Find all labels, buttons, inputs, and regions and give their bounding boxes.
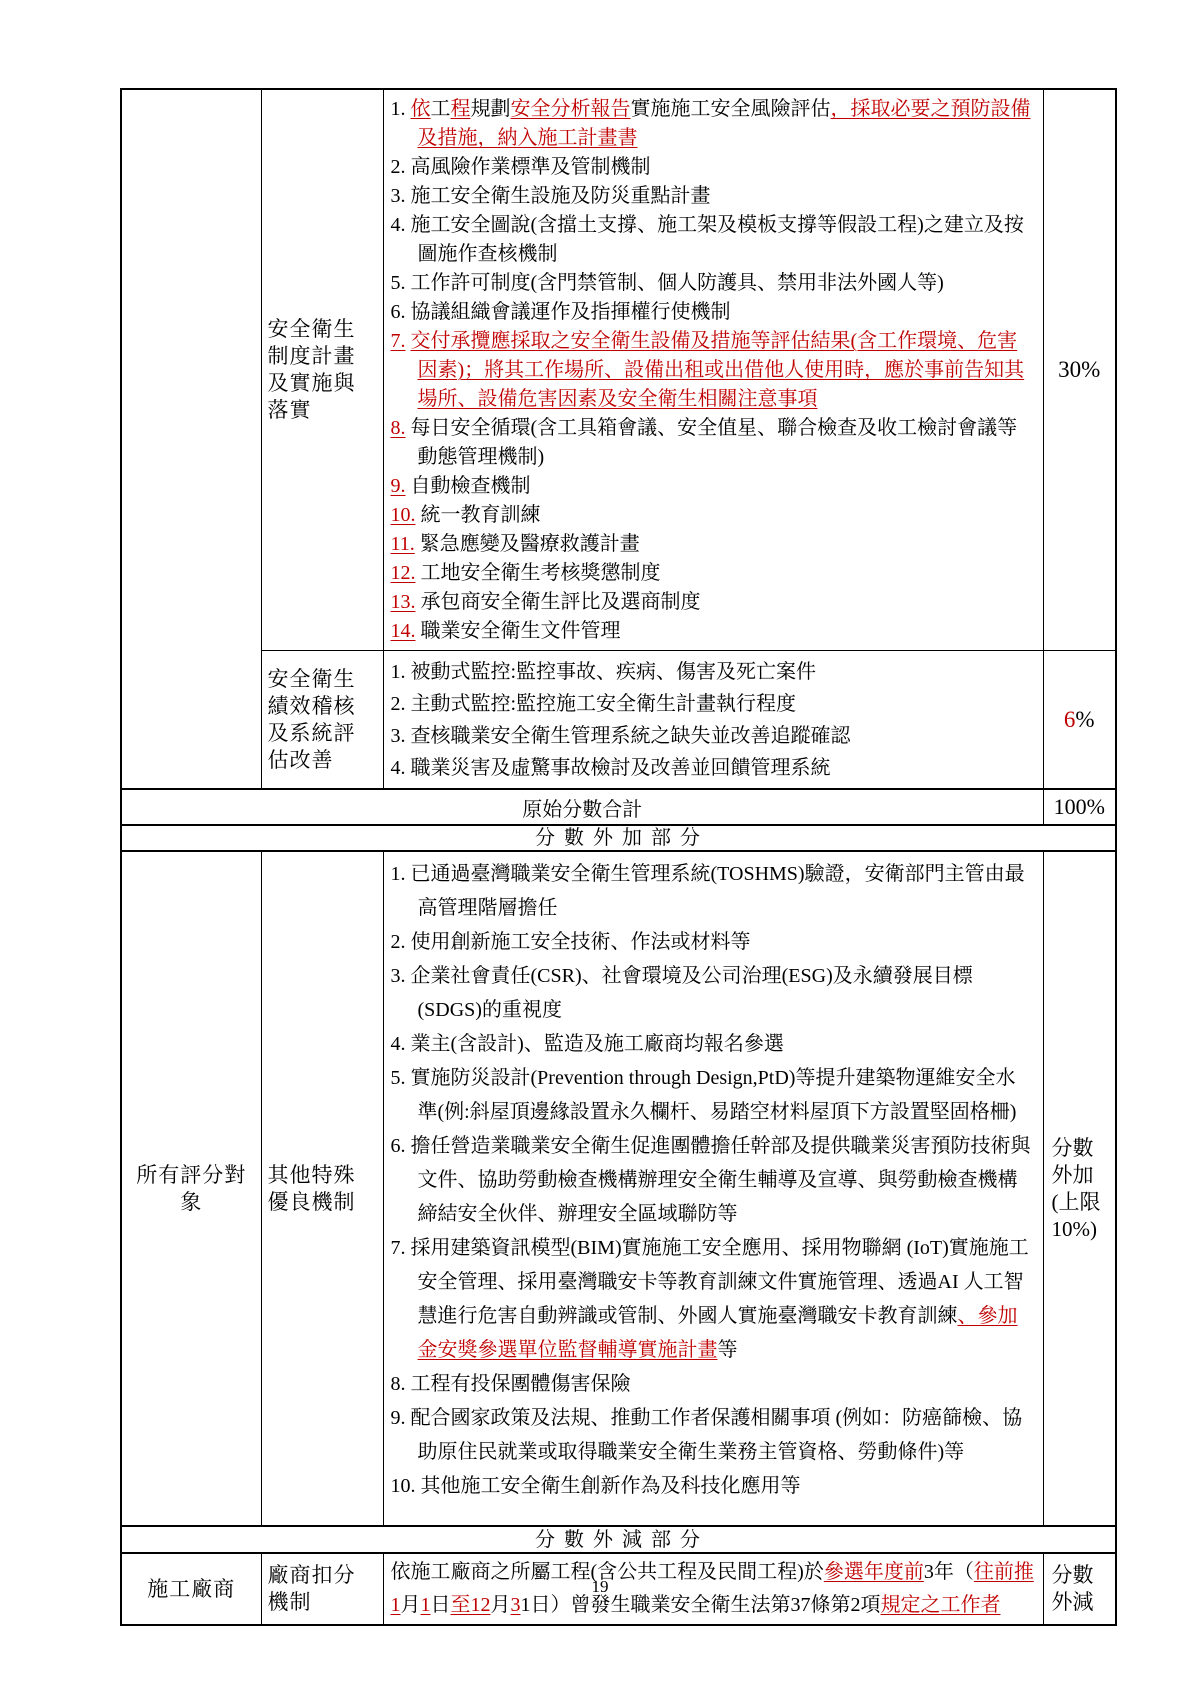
category-label-performance-audit: 安全衛生績效稽核及系統評估改善	[261, 651, 383, 790]
text-run: 被動式監控:監控事故、疾病、傷害及死亡案件	[411, 661, 817, 683]
text-run: 職業災害及虛驚事故檢討及改善並回饋管理系統	[411, 757, 831, 779]
criteria-item: 5. 工作許可制度(含門禁管制、個人防護具、禁用非法外國人等)	[391, 269, 1035, 298]
criteria-list-special-merits: 1. 已通過臺灣職業安全衛生管理系統(TOSHMS)驗證，安衛部門主管由最高管理…	[383, 851, 1043, 1526]
text-run: 日	[431, 1594, 451, 1616]
item-number: 8.	[391, 1373, 406, 1395]
criteria-item: 3. 施工安全衛生設施及防災重點計畫	[391, 182, 1035, 211]
text-run: 工程有投保團體傷害保險	[411, 1373, 631, 1395]
text-run: 統一教育訓練	[421, 504, 541, 526]
item-number: 10.	[391, 1475, 416, 1497]
page-number: 19	[0, 1577, 1200, 1597]
item-number: 3.	[391, 725, 406, 747]
criteria-item: 6. 擔任營造業職業安全衛生促進團體擔任幹部及提供職業災害預防技術與文件、協助勞…	[391, 1129, 1035, 1231]
criteria-item: 8. 工程有投保團體傷害保險	[391, 1367, 1035, 1401]
text-run: 施工安全圖說(含擋土支撐、施工架及模板支撐等假設工程)之建立及按圖施作查核機制	[411, 214, 1024, 265]
criteria-item: 9. 自動檢查機制	[391, 472, 1035, 501]
item-number: 2.	[391, 931, 406, 953]
text-run: 使用創新施工安全技術、作法或材料等	[411, 931, 751, 953]
item-number: 1.	[391, 98, 406, 120]
text-run: 緊急應變及醫療救護計畫	[420, 533, 640, 555]
document-page: 安全衛生制度計畫及實施與落實 1. 依工程規劃安全分析報告實施施工安全風險評估，…	[0, 0, 1200, 1697]
text-run: 1	[421, 1594, 431, 1616]
text-run: 月	[401, 1594, 421, 1616]
text-run: 配合國家政策及法規、推動工作者保護相關事項 (例如：防癌篩檢、協助原住民就業或取…	[411, 1407, 1023, 1463]
category-label-safety-system: 安全衛生制度計畫及實施與落實	[261, 89, 383, 651]
text-run: 協議組織會議運作及指揮權行使機制	[411, 301, 731, 323]
text-run: 採用建築資訊模型(BIM)實施施工安全應用、採用物聯網 (IoT)實施施工安全管…	[411, 1237, 1029, 1327]
category-label-special-merits: 其他特殊優良機制	[261, 851, 383, 1526]
text-run: 企業社會責任(CSR)、社會環境及公司治理(ESG)及永續發展目標(SDGS)的…	[411, 965, 973, 1021]
text-run: 承包商安全衛生評比及選商制度	[421, 591, 701, 613]
item-number: 5.	[391, 272, 406, 294]
criteria-item: 4. 施工安全圖說(含擋土支撐、施工架及模板支撐等假設工程)之建立及按圖施作查核…	[391, 211, 1035, 269]
text-run: 依	[411, 98, 431, 120]
text-run: 3	[511, 1594, 521, 1616]
criteria-item: 2. 主動式監控:監控施工安全衛生計畫執行程度	[391, 688, 1035, 720]
criteria-item: 4. 業主(含設計)、監造及施工廠商均報名參選	[391, 1027, 1035, 1061]
scope-cell-empty	[121, 89, 261, 789]
table-row: 分 數 外 加 部 分	[121, 825, 1116, 851]
item-number: 7.	[391, 330, 406, 352]
text-run: 至12	[451, 1594, 491, 1616]
criteria-item: 4. 職業災害及虛驚事故檢討及改善並回饋管理系統	[391, 752, 1035, 784]
text-run: 6	[1064, 707, 1076, 732]
weight-30-percent: 30%	[1043, 89, 1116, 651]
item-number: 2.	[391, 693, 406, 715]
subtotal-value-100-percent: 100%	[1043, 789, 1116, 825]
table-row: 安全衛生績效稽核及系統評估改善 1. 被動式監控:監控事故、疾病、傷害及死亡案件…	[121, 651, 1116, 790]
criteria-item: 1. 已通過臺灣職業安全衛生管理系統(TOSHMS)驗證，安衛部門主管由最高管理…	[391, 857, 1035, 925]
text-run: 等	[718, 1339, 738, 1361]
item-number: 4.	[391, 1033, 406, 1055]
criteria-item: 14. 職業安全衛生文件管理	[391, 617, 1035, 646]
criteria-item: 10. 其他施工安全衛生創新作為及科技化應用等	[391, 1469, 1035, 1503]
text-run: 高風險作業標準及管制機制	[411, 156, 651, 178]
criteria-item: 1. 被動式監控:監控事故、疾病、傷害及死亡案件	[391, 656, 1035, 688]
item-number: 3.	[391, 965, 406, 987]
criteria-item: 3. 企業社會責任(CSR)、社會環境及公司治理(ESG)及永續發展目標(SDG…	[391, 959, 1035, 1027]
text-run: 規劃	[471, 98, 511, 120]
item-number: 5.	[391, 1067, 406, 1089]
weight-bonus-limit-10-percent: 分數 外加 (上限 10%)	[1043, 851, 1116, 1526]
text-run: 每日安全循環(含工具箱會議、安全值星、聯合檢查及收工檢討會議等動態管理機制)	[411, 417, 1018, 468]
item-number: 9.	[391, 475, 406, 497]
item-number: 11.	[391, 533, 415, 555]
criteria-list-safety-system: 1. 依工程規劃安全分析報告實施施工安全風險評估，採取必要之預防設備及措施，納入…	[383, 89, 1043, 651]
item-number: 6.	[391, 301, 406, 323]
criteria-item: 7. 交付承攬應採取之安全衛生設備及措施等評估結果(含工作環境、危害因素)；將其…	[391, 327, 1035, 414]
subtotal-label: 原始分數合計	[121, 789, 1043, 825]
criteria-list-performance-audit: 1. 被動式監控:監控事故、疾病、傷害及死亡案件2. 主動式監控:監控施工安全衛…	[383, 651, 1043, 790]
item-number: 3.	[391, 185, 406, 207]
item-number: 7.	[391, 1237, 406, 1259]
table-row: 所有評分對象 其他特殊優良機制 1. 已通過臺灣職業安全衛生管理系統(TOSHM…	[121, 851, 1116, 1526]
text-run: 自動檢查機制	[411, 475, 531, 497]
item-number: 6.	[391, 1135, 406, 1157]
evaluation-criteria-table: 安全衛生制度計畫及實施與落實 1. 依工程規劃安全分析報告實施施工安全風險評估，…	[120, 88, 1117, 1626]
criteria-item: 12. 工地安全衛生考核獎懲制度	[391, 559, 1035, 588]
text-run: 1日）曾發生職業安全衛生法第37條第2項	[521, 1594, 881, 1616]
text-run: 職業安全衛生文件管理	[421, 620, 621, 642]
text-run: 規定之工作者	[881, 1594, 1001, 1616]
text-run: 查核職業安全衛生管理系統之缺失並改善追蹤確認	[411, 725, 851, 747]
text-run: 主動式監控:監控施工安全衛生計畫執行程度	[411, 693, 797, 715]
text-run: 程	[451, 98, 471, 120]
text-run: 工	[431, 98, 451, 120]
text-run: 實施防災設計(Prevention through Design,PtD)等提升…	[411, 1067, 1017, 1123]
item-number: 2.	[391, 156, 406, 178]
item-number: 12.	[391, 562, 416, 584]
text-run: 安全分析報告	[511, 98, 631, 120]
criteria-item: 1. 依工程規劃安全分析報告實施施工安全風險評估，採取必要之預防設備及措施，納入…	[391, 95, 1035, 153]
criteria-item: 9. 配合國家政策及法規、推動工作者保護相關事項 (例如：防癌篩檢、協助原住民就…	[391, 1401, 1035, 1469]
weight-6-percent: 6%	[1043, 651, 1116, 790]
item-number: 9.	[391, 1407, 406, 1429]
criteria-item: 7. 採用建築資訊模型(BIM)實施施工安全應用、採用物聯網 (IoT)實施施工…	[391, 1231, 1035, 1367]
item-number: 1.	[391, 661, 406, 683]
criteria-item: 5. 實施防災設計(Prevention through Design,PtD)…	[391, 1061, 1035, 1129]
criteria-item: 3. 查核職業安全衛生管理系統之缺失並改善追蹤確認	[391, 720, 1035, 752]
text-run: 實施施工安全風險評估	[631, 98, 831, 120]
text-run: 工作許可制度(含門禁管制、個人防護具、禁用非法外國人等)	[411, 272, 944, 294]
text-run: 業主(含設計)、監造及施工廠商均報名參選	[411, 1033, 784, 1055]
scope-label-all-entrants: 所有評分對象	[121, 851, 261, 1526]
item-number: 14.	[391, 620, 416, 642]
text-run: 其他施工安全衛生創新作為及科技化應用等	[421, 1475, 801, 1497]
criteria-item: 2. 使用創新施工安全技術、作法或材料等	[391, 925, 1035, 959]
text-run: %	[1075, 707, 1094, 732]
text-run: 交付承攬應採取之安全衛生設備及措施等評估結果(含工作環境、危害因素)；將其工作場…	[411, 330, 1025, 410]
text-run: 已通過臺灣職業安全衛生管理系統(TOSHMS)驗證，安衛部門主管由最高管理階層擔…	[411, 863, 1025, 919]
criteria-item: 2. 高風險作業標準及管制機制	[391, 153, 1035, 182]
item-number: 1.	[391, 863, 406, 885]
item-number: 8.	[391, 417, 406, 439]
text-run: 工地安全衛生考核獎懲制度	[421, 562, 661, 584]
criteria-item: 10. 統一教育訓練	[391, 501, 1035, 530]
table-row: 原始分數合計 100%	[121, 789, 1116, 825]
item-number: 10.	[391, 504, 416, 526]
text-run: 施工安全衛生設施及防災重點計畫	[411, 185, 711, 207]
table-row: 安全衛生制度計畫及實施與落實 1. 依工程規劃安全分析報告實施施工安全風險評估，…	[121, 89, 1116, 651]
penalty-section-header: 分 數 外 減 部 分	[121, 1526, 1116, 1553]
bonus-section-header: 分 數 外 加 部 分	[121, 825, 1116, 851]
table-row: 分 數 外 減 部 分	[121, 1526, 1116, 1553]
text-run: 月	[491, 1594, 511, 1616]
criteria-item: 8. 每日安全循環(含工具箱會議、安全值星、聯合檢查及收工檢討會議等動態管理機制…	[391, 414, 1035, 472]
criteria-item: 13. 承包商安全衛生評比及選商制度	[391, 588, 1035, 617]
text-run: 擔任營造業職業安全衛生促進團體擔任幹部及提供職業災害預防技術與文件、協助勞動檢查…	[411, 1135, 1031, 1225]
item-number: 4.	[391, 214, 406, 236]
criteria-item: 11. 緊急應變及醫療救護計畫	[391, 530, 1035, 559]
item-number: 4.	[391, 757, 406, 779]
criteria-item: 6. 協議組織會議運作及指揮權行使機制	[391, 298, 1035, 327]
item-number: 13.	[391, 591, 416, 613]
